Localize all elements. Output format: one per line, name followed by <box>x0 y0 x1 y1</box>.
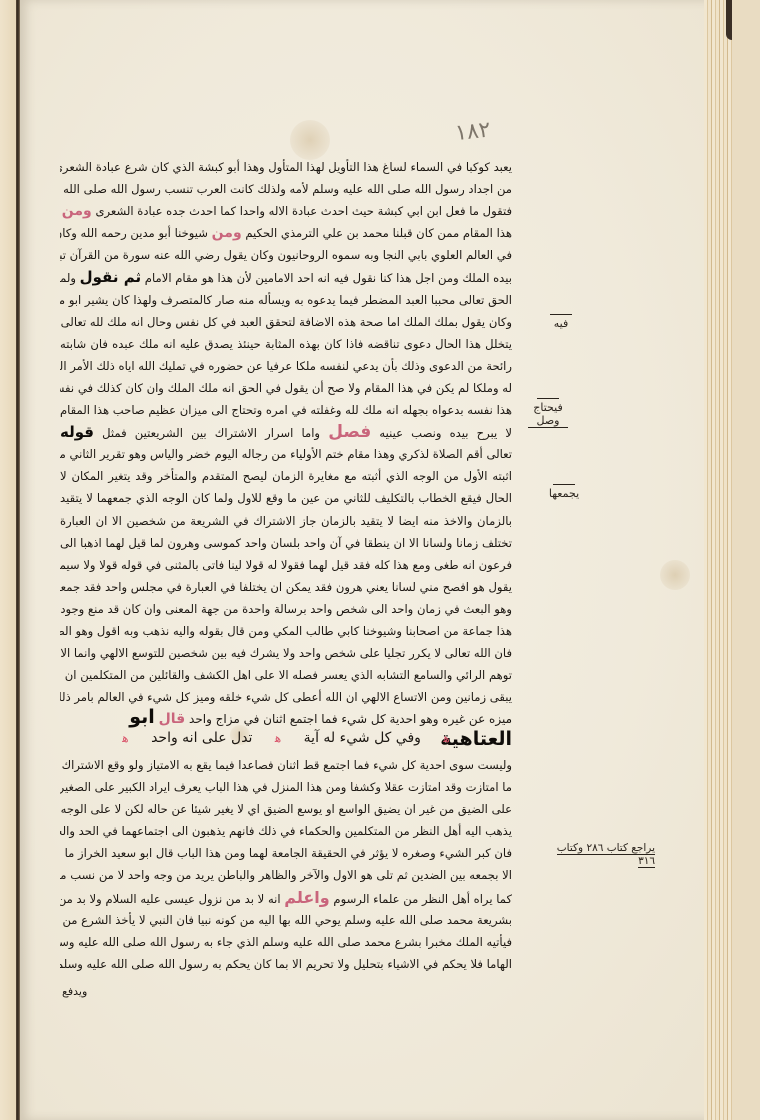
text-line: الحق تعالى محببا العبد المضطر فيما يدعوه… <box>60 289 512 311</box>
text-line: بيده الملك ومن اجل هذا كنا نقول فيه انه … <box>60 266 512 288</box>
text-line: له وملكا لم يكن في هذا المقام ولا صح أن … <box>60 377 512 399</box>
text-segment: بيده الملك ومن اجل هذا كنا نقول فيه انه … <box>145 271 512 285</box>
text-segment: ميزه عن غيره وهو احدية كل شيء فما اجتمع … <box>189 712 512 726</box>
text-line: هذا جماعة من اصحابنا وشيوخنا كابي طالب ا… <box>60 620 512 642</box>
text-line: هذا نفسه بدعواه بجهله انه ملك لله وغفلته… <box>60 399 512 421</box>
text-line: وليست سوى احدية كل شيء فما اجتمع قط اثنا… <box>60 754 512 776</box>
text-line: ما امتازت وقد امتازت عقلا وكشفا ومن هذا … <box>60 776 512 798</box>
text-line: كما يراه أهل النظر من علماء الرسوم واعلم… <box>60 887 512 909</box>
margin-note-text: وصل <box>528 414 568 428</box>
text-line: توهم الرائي والسامع التشابه الذي يعسر فص… <box>60 664 512 686</box>
text-line: رائحة من الدعوى وذلك بأن يدعي لنفسه ملكا… <box>60 355 512 377</box>
text-line: من اجداد رسول الله صلى الله عليه وسلم لأ… <box>60 178 512 200</box>
text-line: تعالى أقم الصلاة لذكري وهذا مقام ختم الأ… <box>60 443 512 465</box>
paper-stain <box>290 120 330 160</box>
margin-note-text: فيحتاج <box>528 401 568 414</box>
text-line: فيأتيه الملك مخبرا بشرع محمد صلى الله عل… <box>60 931 512 953</box>
rubric-heading: ومن <box>212 225 242 241</box>
insertion-mark-icon <box>537 398 559 399</box>
text-line: وهو البعث في زمان واحد الى شخص واحد برسا… <box>60 598 512 620</box>
text-line: لا يبرح بيده ونصب عينيه فصل واما اسرار ا… <box>60 421 512 443</box>
text-line: يقول هو افصح مني لسانا يعني هرون فقد يمك… <box>60 576 512 598</box>
text-line: يعبد كوكبا في السماء لساغ هذا التأويل له… <box>60 156 512 178</box>
text-line: وكان يقول بملك الملك اما صحة هذه الاضافة… <box>60 311 512 333</box>
text-line: يذهب اليه أهل النظر من المتكلمين والحكما… <box>60 820 512 842</box>
text-line: فان الله تعالى لا يكرر تجليا على شخص واح… <box>60 642 512 664</box>
emphasized-word: ثم نقول <box>80 268 141 286</box>
verse-marker-icon: ﻫ <box>122 731 128 745</box>
verse-marker-icon: ﻫ <box>443 731 449 745</box>
verse-couplet: ﻫ وفي كل شيء له آية ﻫ تدل على انه واحد ﻫ <box>60 730 512 746</box>
page-fore-edges <box>704 0 732 1120</box>
text-line: فان كبر الشيء وصغره لا يؤثر في الحقيقة ا… <box>60 842 512 864</box>
margin-note-text: يراجع كتاب ٢٨٦ وكتاب ٣١٦ <box>557 842 655 868</box>
text-line: على الضيق من غير ان يضيق الواسع او يوسع … <box>60 798 512 820</box>
verse-hemistich-2: تدل على انه واحد <box>151 730 252 746</box>
text-line: في العالم العلوي بابي النجا وبه سموه الر… <box>60 244 512 266</box>
text-line: الا بجمعه بين الضدين ثم تلى هو الاول وال… <box>60 864 512 886</box>
insertion-mark-icon <box>553 484 575 485</box>
text-line: فرعون انه طغى ومع هذا كله فقد قيل لهما ف… <box>60 554 512 576</box>
rubric-heading-fasl: فصل <box>328 422 371 442</box>
margin-note-correction: يجمعها <box>544 484 584 500</box>
main-text-block: يعبد كوكبا في السماء لساغ هذا التأويل له… <box>60 156 512 708</box>
margin-note-correction: فيحتاج وصل <box>528 398 568 428</box>
text-segment: انه لا بد من نزول عيسى عليه السلام ولا ب… <box>60 892 281 906</box>
rubric-heading-waalam: واعلم <box>284 888 329 907</box>
text-line: هذا المقام ممن كان قبلنا محمد بن علي الت… <box>60 222 512 244</box>
insertion-mark-icon <box>550 314 572 315</box>
rubric-qala: قال <box>159 711 186 727</box>
text-segment: كما يراه أهل النظر من علماء الرسوم <box>333 892 512 906</box>
text-segment: هذا المقام ممن كان قبلنا محمد بن علي الت… <box>245 226 512 240</box>
text-segment: ولما كان <box>60 271 76 285</box>
catchword: ويدفع <box>62 985 87 998</box>
text-line: فتقول ما فعل ابن ابي كبشة حيث احدث عبادة… <box>60 200 512 222</box>
text-line: الحال فيقع الخطاب بالتكليف للثاني من عين… <box>60 487 512 509</box>
adjacent-page-edge <box>0 0 17 1120</box>
text-line: تختلف زمانا ولسانا الا ان ينطقا في آن وا… <box>60 532 512 554</box>
paper-stain <box>660 560 690 590</box>
rubric-heading: ومن اقطاب <box>60 203 92 219</box>
margin-note-cross-reference: يراجع كتاب ٢٨٦ وكتاب ٣١٦ <box>545 842 655 868</box>
margin-note-correction: فيه <box>546 314 576 330</box>
text-segment: شيوخنا أبو مدين رحمه الله وكان يعرف <box>60 226 208 240</box>
text-line: بالزمان والاخذ منه ايضا لا يتقيد بالزمان… <box>60 510 512 532</box>
margin-note-text: فيه <box>554 317 568 330</box>
verse-hemistich-1: وفي كل شيء له آية <box>304 730 421 746</box>
text-segment: لا يبرح بيده ونصب عينيه <box>379 426 512 440</box>
verse-marker-icon: ﻫ <box>275 731 281 745</box>
text-segment: واما اسرار الاشتراك بين الشريعتين فمثل <box>102 426 320 440</box>
text-line: الهاما فلا يحكم في الاشياء بتحليل ولا تح… <box>60 953 512 975</box>
continuation-text-block: وليست سوى احدية كل شيء فما اجتمع قط اثنا… <box>60 754 512 975</box>
emphasized-word: قوله <box>60 423 94 441</box>
text-line: اثبته الأول من الوجه الذي أثبته مع مغاير… <box>60 465 512 487</box>
margin-note-text: يجمعها <box>549 487 579 500</box>
text-line: بشريعة محمد صلى الله عليه وسلم يوحي الله… <box>60 909 512 931</box>
text-line: يتخلل هذا الحال دعوى تناقضه فاذا كان بهذ… <box>60 333 512 355</box>
text-segment: فتقول ما فعل ابن ابي كبشة حيث احدث عبادة… <box>95 204 512 218</box>
